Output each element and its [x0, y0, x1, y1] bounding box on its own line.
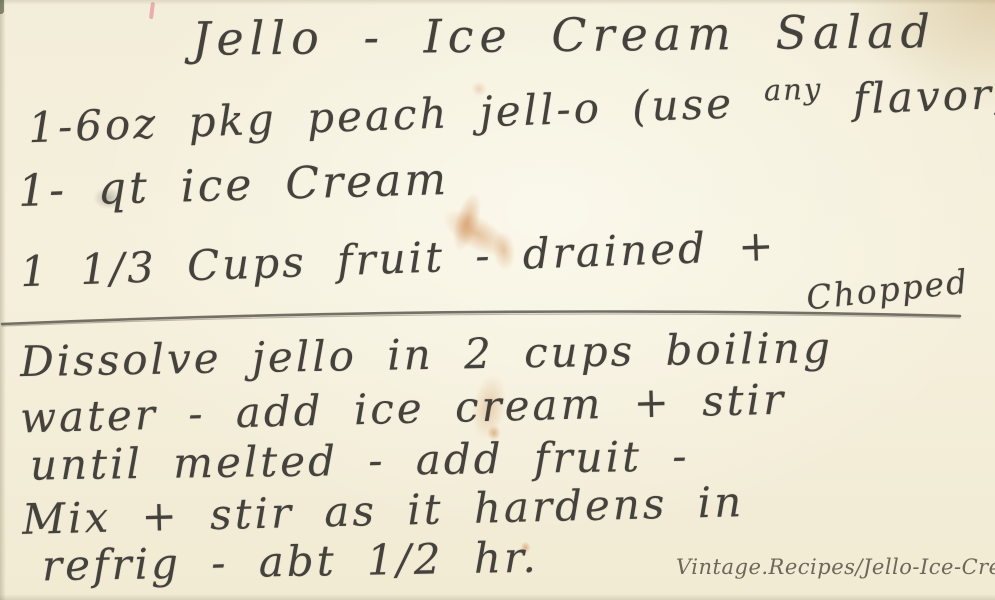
recipe-title: Jello - Ice Cream Salad [192, 4, 936, 66]
ingredient-line-jello-end: flavor) [852, 69, 995, 124]
recipe-card: Jello - Ice Cream Salad 1-6oz pkg peach … [0, 0, 995, 600]
paper-edge-bottom-shading [0, 594, 995, 600]
watermark-text: Vintage.Recipes/Jello-Ice-Cream-Salad [676, 555, 995, 579]
ingredient-line-fruit: 1 1/3 Cups fruit - drained + [19, 221, 777, 296]
paper-edge-left-shading [0, 0, 6, 600]
ingredient-line-jello-superscript: any [763, 71, 823, 107]
ingredient-line-fruit-continuation: Chopped [804, 262, 970, 318]
ingredient-line-jello-text: 1-6oz pkg peach jell-o (use [27, 79, 734, 153]
instruction-line-5: refrig - abt 1/2 hr. [42, 533, 540, 591]
paper-corner-dark-mark [0, 0, 4, 14]
ingredient-line-jello: 1-6oz pkg peach jell-o (use any flavor) [27, 69, 995, 152]
ingredient-line-ice-cream: 1- qt ice Cream [17, 154, 449, 217]
